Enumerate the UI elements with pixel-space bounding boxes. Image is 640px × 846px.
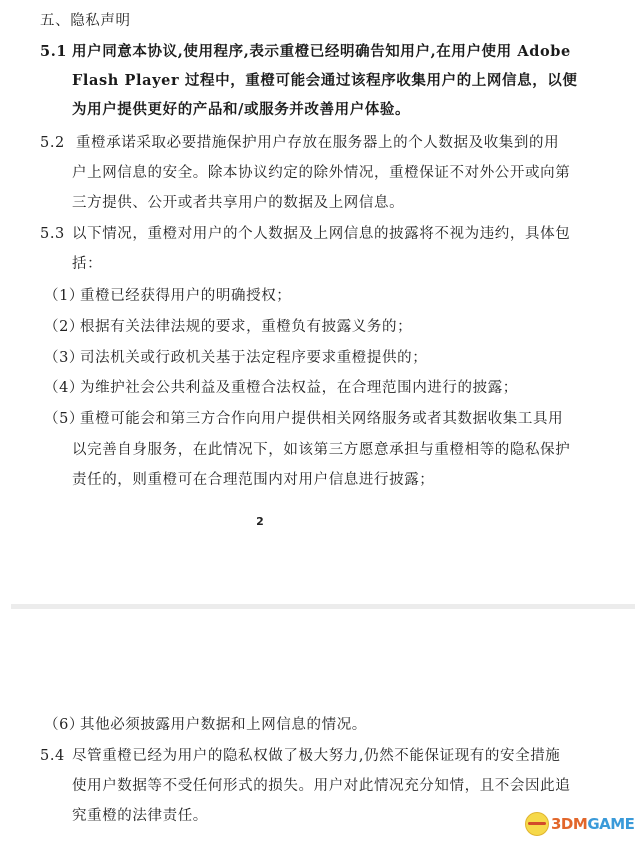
list-item-text: 为维护社会公共利益及重橙合法权益，在合理范围内进行的披露； — [80, 378, 518, 398]
list-item-text: 根据有关法律法规的要求，重橙负有披露义务的； — [80, 317, 412, 337]
clause-line: 以下情况，重橙对用户的个人数据及上网信息的披露将不视为违约，具体包 — [72, 224, 570, 244]
page-separator — [11, 604, 635, 609]
clause-number: 5.3 — [40, 224, 65, 244]
clause-line: 使用户数据等不受任何形式的损失。用户对此情况充分知情，且不会因此追 — [72, 776, 570, 796]
watermark-text-game: GAME — [587, 815, 634, 833]
watermark-text-3dm: 3DM — [551, 815, 587, 833]
list-item-text: 重橙可能会和第三方合作向用户提供相关网络服务或者其数据收集工具用 — [80, 409, 563, 429]
clause-line: 为用户提供更好的产品和/或服务并改善用户体验。 — [72, 100, 410, 120]
list-item-label: （1） — [44, 286, 84, 306]
list-item-label: （5） — [44, 409, 84, 429]
page-number: 2 — [250, 515, 270, 528]
list-item-label: （4） — [44, 378, 84, 398]
clause-line: 重橙承诺采取必要措施保护用户存放在服务器上的个人数据及收集到的用 — [76, 133, 559, 153]
clause-line: Flash Player 过程中，重橙可能会通过该程序收集用户的上网信息，以便 — [72, 71, 578, 91]
clause-line: 括： — [72, 254, 102, 274]
chick-mascot-icon — [525, 812, 549, 836]
clause-number: 5.4 — [40, 746, 65, 766]
list-item-text: 司法机关或行政机关基于法定程序要求重橙提供的； — [80, 348, 427, 368]
clause-line: 究重橙的法律责任。 — [72, 806, 208, 826]
clause-line: 三方提供、公开或者共享用户的数据及上网信息。 — [72, 193, 404, 213]
list-item-text: 其他必须披露用户数据和上网信息的情况。 — [80, 715, 367, 735]
clause-line: 尽管重橙已经为用户的隐私权做了极大努力,仍然不能保证现有的安全措施 — [72, 746, 560, 766]
section-heading: 五、隐私声明 — [40, 11, 131, 31]
3dmgame-watermark: 3DMGAME — [525, 812, 634, 836]
watermark-text: 3DMGAME — [551, 815, 634, 833]
clause-line: 用户同意本协议,使用程序,表示重橙已经明确告知用户,在用户使用 Adobe — [72, 42, 571, 62]
list-item-text: 以完善自身服务，在此情况下，如该第三方愿意承担与重橙相等的隐私保护 — [72, 440, 570, 460]
list-item-text: 责任的，则重橙可在合理范围内对用户信息进行披露； — [72, 470, 434, 490]
list-item-label: （2） — [44, 317, 84, 337]
clause-line: 户上网信息的安全。除本协议约定的除外情况，重橙保证不对外公开或向第 — [72, 163, 570, 183]
list-item-text: 重橙已经获得用户的明确授权； — [80, 286, 291, 306]
clause-number: 5.2 — [40, 133, 65, 153]
clause-number: 5.1 — [40, 42, 67, 62]
list-item-label: （6） — [44, 715, 84, 735]
list-item-label: （3） — [44, 348, 84, 368]
